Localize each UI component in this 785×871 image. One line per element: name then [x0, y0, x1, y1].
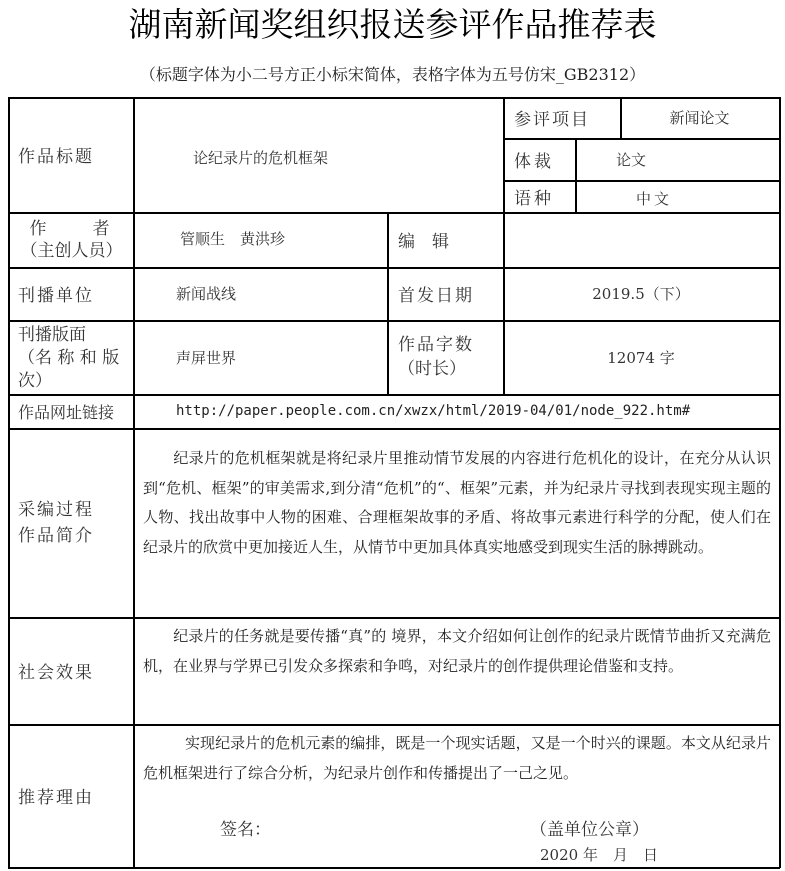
- signature-label: 签名：: [220, 814, 271, 840]
- table-line: [575, 138, 577, 212]
- publish-date-label: 首发日期: [398, 267, 503, 320]
- table-border-bottom: [8, 867, 780, 869]
- genre-label: 体裁: [514, 138, 575, 180]
- publish-date-value: 2019.5（下）: [503, 267, 779, 320]
- publish-date-label-text: 首发日期: [398, 281, 474, 306]
- editor-value: [503, 212, 779, 267]
- page-value: 声屏世界: [176, 320, 387, 394]
- language-value-text: 中文: [636, 188, 672, 209]
- summary-label: 采编过程 作品简介: [18, 428, 133, 617]
- url-value-link[interactable]: http://paper.people.com.cn/xwzx/html/201…: [176, 403, 690, 419]
- word-count-label: 作品字数 （时长）: [398, 320, 503, 394]
- document-title: 湖南新闻奖组织报送参评作品推荐表: [0, 2, 785, 48]
- table-border-right: [779, 97, 781, 868]
- table-line: [133, 97, 135, 868]
- author-label: 作 者 （主创人员）: [10, 212, 133, 267]
- word-count-value: 12074 字: [503, 320, 779, 394]
- language-label: 语种: [514, 180, 575, 212]
- page-label-line1: 刊播版面: [18, 324, 86, 347]
- page-label-line2: （名 称 和 版: [18, 347, 119, 370]
- recommendation-label: 推荐理由: [18, 724, 133, 867]
- editor-label: 编 辑: [398, 212, 503, 267]
- publisher-value-text: 新闻战线: [176, 283, 236, 304]
- genre-label-text: 体裁: [514, 147, 554, 172]
- category-label: 参评项目: [514, 97, 620, 138]
- genre-value: 论文: [616, 138, 776, 180]
- social-effect-text: 纪录片的任务就是要传播“真”的 境界，本文介绍如何让创作的纪录片既情节曲折又充满…: [143, 622, 771, 681]
- page-label-line3: 次）: [18, 370, 52, 393]
- social-effect-label: 社会效果: [18, 617, 133, 724]
- word-count-label-line2: （时长）: [398, 357, 466, 381]
- signature-label-text: 签名：: [220, 815, 271, 840]
- recommendation-text: 实现纪录片的危机元素的编排，既是一个现实话题，又是一个时兴的课题。本文从纪录片危…: [143, 729, 771, 788]
- publisher-label-text: 刊播单位: [18, 281, 94, 306]
- language-value: 中文: [636, 182, 776, 214]
- page-value-text: 声屏世界: [176, 347, 236, 368]
- table-line: [387, 212, 389, 394]
- work-title-value-text: 论纪录片的危机框架: [193, 147, 328, 168]
- work-title-label-text: 作品标题: [18, 142, 94, 167]
- summary-text: 纪录片的危机框架就是将纪录片里推动情节发展的内容进行危机化的设计，在充分从认识到…: [143, 444, 771, 562]
- date-label-text: 2020 年 月 日: [540, 844, 658, 865]
- seal-label: （盖单位公章）: [530, 814, 649, 840]
- url-value: http://paper.people.com.cn/xwzx/html/201…: [176, 394, 776, 428]
- publish-date-value-text: 2019.5（下）: [592, 283, 690, 304]
- url-label: 作品网址链接: [18, 394, 133, 428]
- url-label-text: 作品网址链接: [18, 400, 114, 423]
- publisher-label: 刊播单位: [18, 267, 133, 320]
- language-label-text: 语种: [514, 184, 554, 209]
- page-label: 刊播版面 （名 称 和 版 次）: [18, 322, 133, 394]
- word-count-value-text: 12074 字: [607, 347, 675, 368]
- work-title-value: 论纪录片的危机框架: [193, 97, 493, 217]
- publisher-value: 新闻战线: [176, 267, 387, 320]
- category-value: 新闻论文: [620, 97, 779, 138]
- summary-text-content: 纪录片的危机框架就是将纪录片里推动情节发展的内容进行危机化的设计，在充分从认识到…: [143, 449, 771, 556]
- author-value-text: 管顺生 黄洪珍: [180, 228, 285, 249]
- author-label-line1: 作 者: [30, 218, 114, 240]
- seal-label-text: （盖单位公章）: [530, 815, 649, 840]
- document-subtitle: （标题字体为小二号方正小标宋简体，表格字体为五号仿宋_GB2312）: [0, 64, 785, 86]
- recommendation-label-text: 推荐理由: [18, 783, 94, 808]
- work-title-label: 作品标题: [18, 97, 133, 212]
- date-label: 2020 年 月 日: [540, 842, 658, 866]
- category-label-text: 参评项目: [514, 105, 590, 130]
- editor-label-text: 编 辑: [398, 227, 449, 252]
- category-value-text: 新闻论文: [669, 107, 729, 128]
- author-label-line2: （主创人员）: [21, 240, 123, 262]
- genre-value-text: 论文: [616, 149, 646, 170]
- word-count-label-line1: 作品字数: [398, 333, 474, 357]
- summary-label-line2: 作品简介: [18, 523, 94, 549]
- social-effect-text-content: 纪录片的任务就是要传播“真”的 境界，本文介绍如何让创作的纪录片既情节曲折又充满…: [143, 627, 771, 675]
- social-effect-label-text: 社会效果: [18, 658, 94, 683]
- author-value: 管顺生 黄洪珍: [180, 212, 387, 264]
- summary-label-line1: 采编过程: [18, 497, 94, 523]
- recommendation-text-content: 实现纪录片的危机元素的编排，既是一个现实话题，又是一个时兴的课题。本文从纪录片危…: [143, 734, 771, 782]
